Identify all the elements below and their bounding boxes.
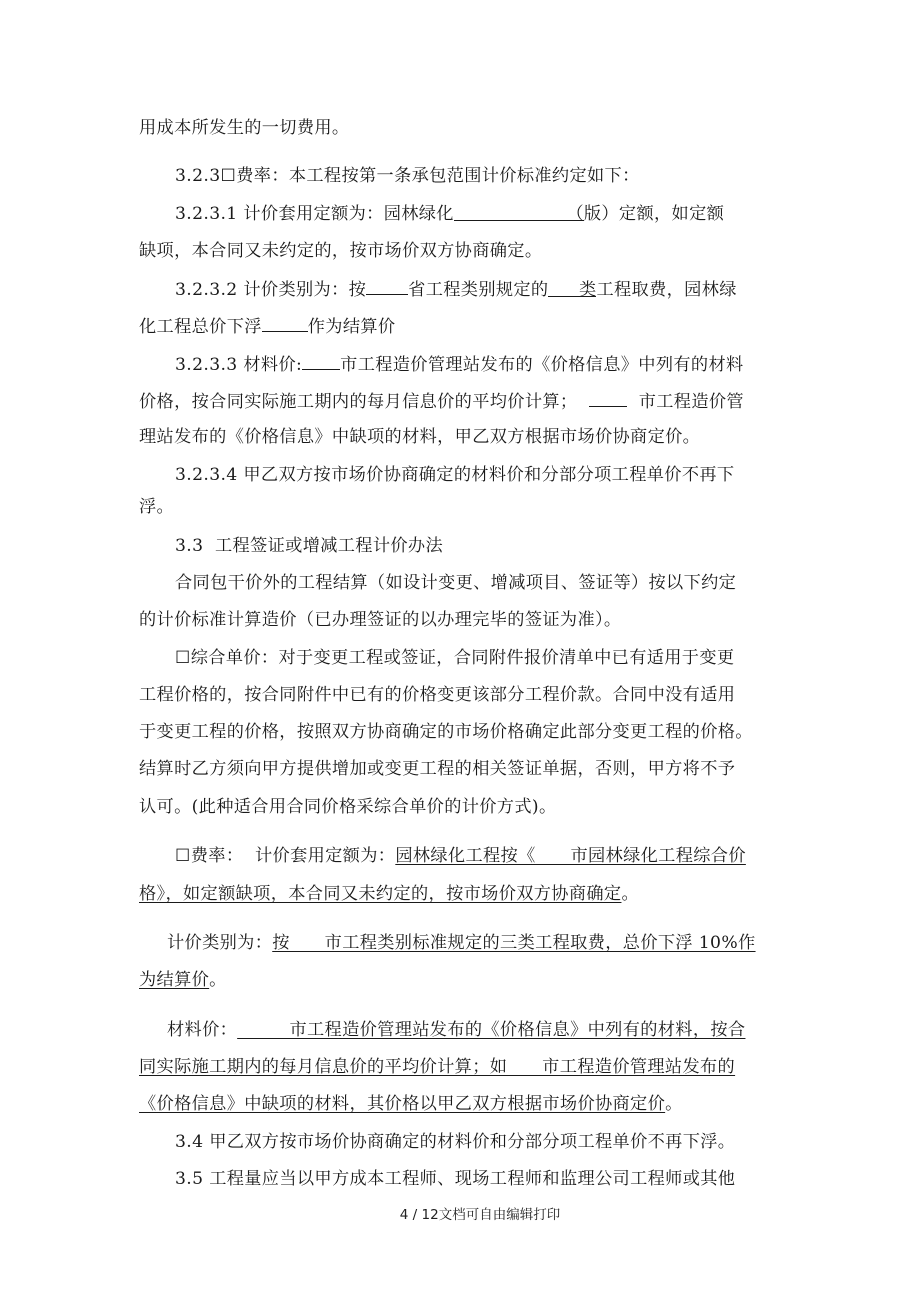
text-line: 化工程总价下浮作为结算价 <box>139 314 784 338</box>
document-page: 用成本所发生的一切费用。3.2.3☐费率：本工程按第一条承包范围计价标准约定如下… <box>0 0 920 1302</box>
text-line: ☐综合单价：对于变更工程或签证，合同附件报价清单中已有适用于变更 <box>139 647 820 669</box>
text-segment: 3.5 工程量应当以甲方成本工程师、现场工程师和监理公司工程师或其他 <box>175 1169 735 1189</box>
fill-in-blank[interactable] <box>589 389 627 407</box>
text-line: 认可。(此种适合用合同价格采综合单价的计价方式)。 <box>139 796 784 818</box>
text-segment: 3.2.3.3 材料价: <box>175 355 302 375</box>
page-number: 4 / 12 <box>400 1207 439 1223</box>
text-line: 为结算价。 <box>139 969 784 991</box>
text-line: ☐费率： 计价套用定额为：园林绿化工程按《 市园林绿化工程综合价 <box>139 845 820 867</box>
text-segment: 结算时乙方须向甲方提供增加或变更工程的相关签证单据，否则，甲方将不予 <box>139 759 735 779</box>
underlined-text: 园林绿化工程按《 市园林绿化工程综合价 <box>395 846 746 866</box>
text-line: 3.2.3.3 材料价:市工程造价管理站发布的《价格信息》中列有的材料 <box>139 352 820 376</box>
fill-in-blank[interactable]: （ <box>454 203 584 221</box>
text-line: 3.2.3.4 甲乙双方按市场价协商确定的材料价和分部分项工程单价不再下 <box>139 464 820 486</box>
text-segment: 3.3 工程签证或增减工程计价办法 <box>175 536 443 556</box>
text-line: 同实际施工期内的每月信息价的平均价计算；如 市工程造价管理站发布的 <box>139 1056 784 1078</box>
text-segment: 3.2.3☐费率：本工程按第一条承包范围计价标准约定如下： <box>175 166 640 186</box>
text-segment: 于变更工程的价格，按照双方协商确定的市场价格确定此部分变更工程的价格。 <box>139 722 753 742</box>
fill-in-blank[interactable] <box>302 352 340 370</box>
text-segment: 的计价标准计算造价（已办理签证的以办理完毕的签证为准）。 <box>139 610 621 630</box>
text-line: 3.3 工程签证或增减工程计价办法 <box>139 535 820 557</box>
footer-note: 文档可自由编辑打印 <box>439 1207 561 1223</box>
text-segment: 合同包干价外的工程结算（如设计变更、增减项目、签证等）按以下约定 <box>175 573 736 593</box>
text-line: 3.5 工程量应当以甲方成本工程师、现场工程师和监理公司工程师或其他 <box>139 1168 820 1190</box>
text-segment: 。 <box>621 884 639 904</box>
text-line: 理站发布的《价格信息》中缺项的材料，甲乙双方根据市场价协商定价。 <box>139 426 784 448</box>
text-segment: 浮。 <box>139 497 174 517</box>
text-segment: 工程取费，园林绿 <box>596 280 736 300</box>
text-segment: 3.2.3.1 计价套用定额为：园林绿化 <box>175 204 454 224</box>
underlined-text: 为结算价 <box>139 970 209 990</box>
text-segment: 。 <box>209 970 227 990</box>
text-line: 3.4 甲乙双方按市场价协商确定的材料价和分部分项工程单价不再下浮。 <box>139 1131 820 1153</box>
text-segment: 化工程总价下浮 <box>139 317 262 337</box>
underlined-text: 《价格信息》中缺项的材料，其价格以甲乙双方根据市场价协商定价 <box>139 1094 665 1114</box>
text-segment: 认可。(此种适合用合同价格采综合单价的计价方式)。 <box>139 797 556 817</box>
fill-in-blank[interactable] <box>366 277 408 295</box>
text-segment: 市工程造价管理站发布的《价格信息》中列有的材料 <box>340 355 743 375</box>
underlined-text: 按 市工程类别标准规定的三类工程取费，总价下浮 10%作 <box>272 933 755 953</box>
text-segment: 理站发布的《价格信息》中缺项的材料，甲乙双方根据市场价协商定价。 <box>139 427 700 447</box>
text-line: 于变更工程的价格，按照双方协商确定的市场价格确定此部分变更工程的价格。 <box>139 721 784 743</box>
text-line: 格》，如定额缺项，本合同又未约定的，按市场价双方协商确定。 <box>139 883 784 905</box>
text-line: 3.2.3☐费率：本工程按第一条承包范围计价标准约定如下： <box>139 165 820 187</box>
text-line: 的计价标准计算造价（已办理签证的以办理完毕的签证为准）。 <box>139 609 784 631</box>
text-segment: 。 <box>665 1094 683 1114</box>
text-segment: 工程价格的，按合同附件中已有的价格变更该部分工程价款。合同中没有适用 <box>139 685 735 705</box>
text-line: 价格，按合同实际施工期内的每月信息价的平均价计算； 市工程造价管 <box>139 389 784 413</box>
text-line: 材料价： 市工程造价管理站发布的《价格信息》中列有的材料，按合 <box>139 1019 812 1041</box>
text-segment: 省工程类别规定的 <box>408 280 548 300</box>
underlined-text: 市工程造价管理站发布的《价格信息》中列有的材料，按合 <box>237 1020 745 1040</box>
text-line: 浮。 <box>139 496 784 518</box>
fill-in-blank[interactable]: 类 <box>548 279 596 297</box>
text-line: 缺项，本合同又未约定的，按市场价双方协商确定。 <box>139 240 784 262</box>
text-line: 3.2.3.2 计价类别为：按省工程类别规定的类工程取费，园林绿 <box>139 277 820 301</box>
text-line: 工程价格的，按合同附件中已有的价格变更该部分工程价款。合同中没有适用 <box>139 684 784 706</box>
text-line: 《价格信息》中缺项的材料，其价格以甲乙双方根据市场价协商定价。 <box>139 1093 784 1115</box>
text-segment: 价格，按合同实际施工期内的每月信息价的平均价计算； <box>139 392 589 412</box>
text-line: 3.2.3.1 计价套用定额为：园林绿化（版）定额，如定额 <box>139 203 820 225</box>
text-line: 用成本所发生的一切费用。 <box>139 117 784 139</box>
text-line: 结算时乙方须向甲方提供增加或变更工程的相关签证单据，否则，甲方将不予 <box>139 758 784 780</box>
text-segment: ☐综合单价：对于变更工程或签证，合同附件报价清单中已有适用于变更 <box>175 648 734 668</box>
fill-in-blank[interactable] <box>262 314 308 332</box>
text-segment: 3.2.3.2 计价类别为：按 <box>175 280 366 300</box>
text-segment: 缺项，本合同又未约定的，按市场价双方协商确定。 <box>139 241 542 261</box>
text-segment: 3.2.3.4 甲乙双方按市场价协商确定的材料价和分部分项工程单价不再下 <box>175 465 734 485</box>
text-segment: 用成本所发生的一切费用。 <box>139 118 349 138</box>
text-line: 合同包干价外的工程结算（如设计变更、增减项目、签证等）按以下约定 <box>139 572 820 594</box>
text-segment: 市工程造价管 <box>627 392 744 412</box>
underlined-text: 格》，如定额缺项，本合同又未约定的，按市场价双方协商确定 <box>139 884 621 904</box>
text-segment: 材料价： <box>167 1020 237 1040</box>
text-segment: 作为结算价 <box>308 317 396 337</box>
text-segment: ☐费率： 计价套用定额为： <box>175 846 395 866</box>
text-segment: 版）定额，如定额 <box>584 204 724 224</box>
text-segment: 3.4 甲乙双方按市场价协商确定的材料价和分部分项工程单价不再下浮。 <box>175 1132 735 1152</box>
text-segment: 计价类别为： <box>167 933 272 953</box>
text-line: 计价类别为：按 市工程类别标准规定的三类工程取费，总价下浮 10%作 <box>139 932 812 954</box>
underlined-text: 同实际施工期内的每月信息价的平均价计算；如 市工程造价管理站发布的 <box>139 1057 735 1077</box>
page-footer: 4 / 12文档可自由编辑打印 <box>0 1203 920 1223</box>
